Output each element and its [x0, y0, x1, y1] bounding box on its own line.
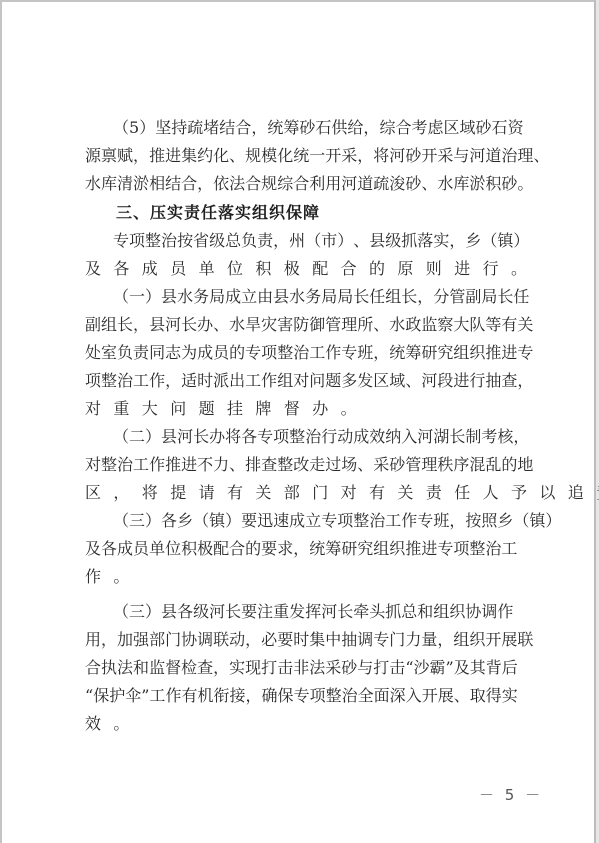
paragraph-line: 及各成员单位积极配合的原则进行。	[85, 257, 513, 281]
paragraph-line: （三）县各级河长要注重发挥河长牵头抓总和组织协调作	[113, 600, 513, 624]
paragraph-line: 区，将提请有关部门对有关责任人予以追责问责。	[85, 481, 513, 505]
paragraph-line: （二）县河长办将各专项整治行动成效纳入河湖长制考核，	[113, 425, 513, 449]
paragraph-line: 作。	[85, 565, 513, 589]
paragraph-line: 项整治工作，适时派出工作组对问题多发区域、河段进行抽查，	[85, 369, 513, 393]
paragraph-line: （一）县水务局成立由县水务局局长任组长，分管副局长任	[113, 285, 513, 309]
paragraph-line: 对重大问题挂牌督办。	[85, 397, 513, 421]
paragraph-line: 效。	[85, 712, 513, 736]
paragraph-line: （5）坚持疏堵结合，统筹砂石供给，综合考虑区域砂石资	[113, 116, 513, 140]
paragraph-line: 用，加强部门协调联动，必要时集中抽调专门力量，组织开展联	[85, 628, 513, 652]
paragraph-line: 专项整治按省级总负责，州（市）、县级抓落实，乡（镇）	[113, 229, 513, 253]
paragraph-line: 及各成员单位积极配合的要求，统筹研究组织推进专项整治工	[85, 537, 513, 561]
paragraph-line: 合执法和监督检查，实现打击非法采砂与打击“沙霸”及其背后	[85, 656, 513, 680]
paragraph-line: 对整治工作推进不力、排查整改走过场、采砂管理秩序混乱的地	[85, 453, 513, 477]
paragraph-line: “保护伞”工作有机衔接，确保专项整治全面深入开展、取得实	[85, 684, 513, 708]
paragraph-line: 处室负责同志为成员的专项整治工作专班，统筹研究组织推进专	[85, 341, 513, 365]
page-number: － 5 －	[479, 784, 543, 805]
section-heading: 三、压实责任落实组织保障	[116, 201, 320, 225]
paragraph-line: 水库清淤相结合，依法合规综合利用河道疏浚砂、水库淤积砂。	[85, 172, 513, 196]
paragraph-line: 源禀赋，推进集约化、规模化统一开采，将河砂开采与河道治理、	[85, 144, 513, 168]
paragraph-line: 副组长，县河长办、水旱灾害防御管理所、水政监察大队等有关	[85, 313, 513, 337]
paragraph-line: （三）各乡（镇）要迅速成立专项整治工作专班，按照乡（镇）	[113, 509, 513, 533]
